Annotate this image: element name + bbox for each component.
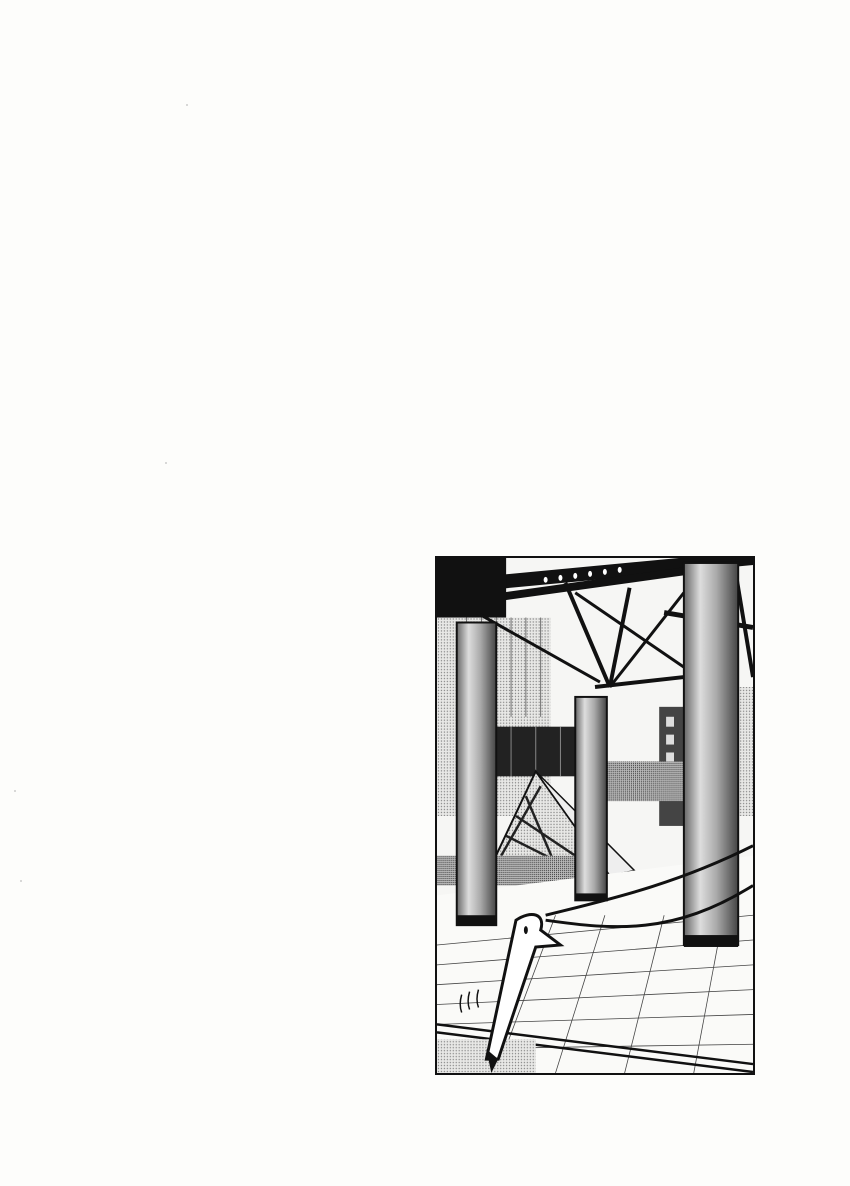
paper-speck [20, 880, 22, 882]
manga-panel [435, 556, 755, 1075]
paper-speck [165, 462, 167, 464]
paper-speck [14, 790, 16, 792]
pillar-center [575, 697, 607, 900]
paper-speck [186, 104, 188, 106]
pillar-left [457, 622, 497, 925]
pillar-right [684, 563, 738, 947]
plaza-scene-illustration [437, 558, 753, 1073]
